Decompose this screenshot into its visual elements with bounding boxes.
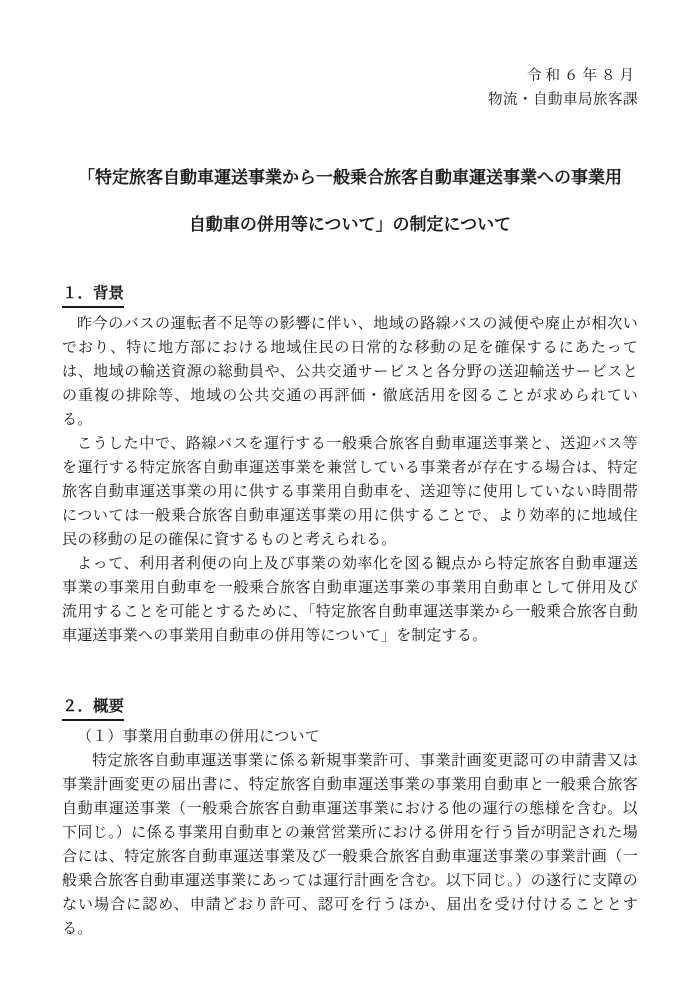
background-paragraph-1: 昨今のバスの運転者不足等の影響に伴い、地域の路線バスの減便や廃止が相次いでおり、… [62,312,638,432]
section-overview: ２．概要 （１）事業用自動車の併用について 特定旅客自動車運送事業に係る新規事業… [62,696,638,941]
document-date: 令和６年８月 [62,64,638,88]
overview-paragraph-1: 特定旅客自動車運送事業に係る新規事業許可、事業計画変更認可の申請書又は事業計画変… [62,749,638,941]
section-overview-heading: ２．概要 [62,696,124,721]
document-title-line-1: 「特定旅客自動車運送事業から一般乗合旅客自動車運送事業への事業用 [62,166,638,190]
document-page: 令和６年８月 物流・自動車局旅客課 「特定旅客自動車運送事業から一般乗合旅客自動… [0,0,700,1002]
section-background: １．背景 昨今のバスの運転者不足等の影響に伴い、地域の路線バスの減便や廃止が相次… [62,283,638,648]
document-header: 令和６年８月 物流・自動車局旅客課 [62,64,638,112]
overview-subheading: （１）事業用自動車の併用について [62,725,638,749]
background-paragraph-2: こうした中で、路線バスを運行する一般乗合旅客自動車運送事業と、送迎バス等を運行す… [62,432,638,552]
document-title-line-2: 自動車の併用等について」の制定について [62,213,638,237]
background-paragraph-3: よって、利用者利便の向上及び事業の効率化を図る観点から特定旅客自動車運送事業の事… [62,552,638,648]
document-title: 「特定旅客自動車運送事業から一般乗合旅客自動車運送事業への事業用 自動車の併用等… [62,166,638,237]
document-department: 物流・自動車局旅客課 [62,88,638,112]
section-background-heading: １．背景 [62,283,124,308]
